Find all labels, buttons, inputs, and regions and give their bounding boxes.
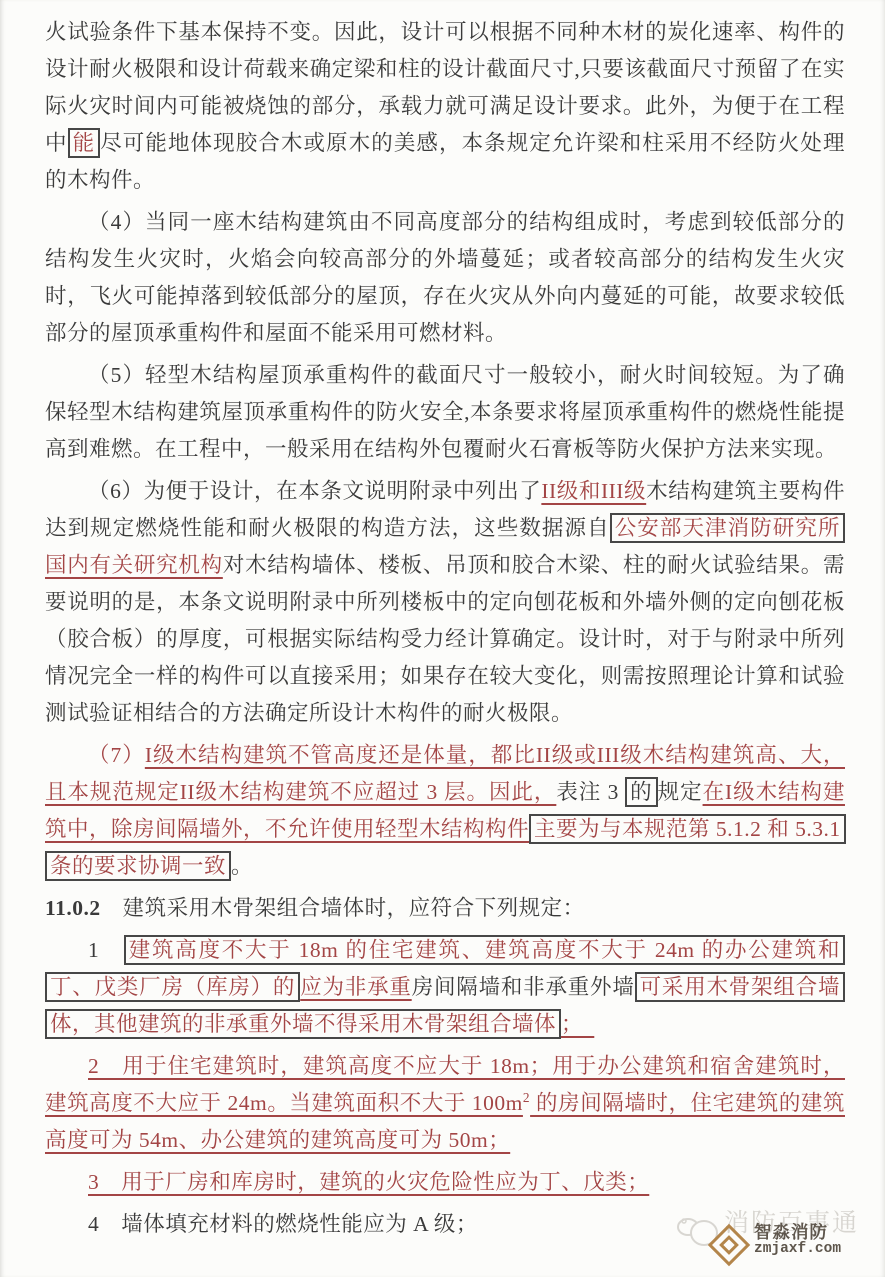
- text-run-black: （5）轻型木结构屋顶承重构件的截面尺寸一般较小，耐火时间较短。为了确保轻型木结构…: [45, 363, 845, 461]
- text-run-black: 表注 3: [556, 780, 625, 804]
- text-run-red-u: 应为非承重: [300, 975, 411, 999]
- watermark-brand-url: zmjaxf.com: [754, 1241, 841, 1257]
- text-run-red-u: 国内有关研究机构: [45, 553, 223, 577]
- text-run-black: 对木结构墙体、楼板、吊顶和胶合木梁、柱的耐火试验结果。需要说明的是，本条文说明附…: [45, 553, 845, 725]
- text-run-box-red: 公安部天津消防研究所: [610, 513, 845, 543]
- diamond-logo-icon: [708, 1223, 750, 1267]
- item-1-wood-frame-walls: 1 建筑高度不大于 18m 的住宅建筑、建筑高度不大于 24m 的办公建筑和丁、…: [45, 932, 845, 1043]
- text-run-black: 规定: [658, 780, 703, 804]
- text-run-black: 。: [231, 854, 253, 878]
- text-run-red-u: 3 用于厂房和库房时，建筑的火灾危险性应为丁、戊类；: [88, 1170, 649, 1194]
- text-run-black: 建筑采用木骨架组合墙体时，应符合下列规定：: [101, 896, 585, 920]
- text-run-black: 尽可能地体现胶合木或原木的美感，本条规定允许梁和柱采用不经防火处理的木构件。: [45, 131, 845, 192]
- text-run-black: 房间隔墙和非承重外墙: [412, 975, 635, 999]
- text-run-black: 1: [88, 938, 124, 962]
- text-run-box-red: 能: [68, 128, 101, 158]
- text-run-black: 4 墙体填充材料的燃烧性能应为 A 级；: [88, 1212, 478, 1236]
- para-5-light-wood-roof: （5）轻型木结构屋顶承重构件的截面尺寸一般较小，耐火时间较短。为了确保轻型木结构…: [45, 357, 845, 468]
- text-run-black-bold: 11.0.2: [45, 896, 101, 920]
- text-run-black: （4）当同一座木结构建筑由不同高度部分的结构组成时，考虑到较低部分的结构发生火灾…: [45, 210, 845, 345]
- text-run-box-black: 的: [625, 777, 657, 807]
- para-7-class1-buildings: （7）I级木结构建筑不管高度还是体量，都比II级或III级木结构建筑高、大，且本…: [45, 737, 845, 885]
- heading-11-0-2: 11.0.2 建筑采用木骨架组合墙体时，应符合下列规定：: [45, 890, 845, 927]
- item-2-height-limits: 2 用于住宅建筑时，建筑高度不应大于 18m；用于办公建筑和宿舍建筑时，建筑高度…: [45, 1048, 845, 1159]
- para-intro-charring: 火试验条件下基本保持不变。因此，设计可以根据不同种木材的炭化速率、构件的设计耐火…: [45, 14, 845, 199]
- watermark: 消防百事通 智淼消防 zmjaxf.com: [674, 1191, 879, 1271]
- text-run-red-u: ；: [561, 1012, 594, 1036]
- para-4-different-heights: （4）当同一座木结构建筑由不同高度部分的结构组成时，考虑到较低部分的结构发生火灾…: [45, 204, 845, 352]
- document-page: 火试验条件下基本保持不变。因此，设计可以根据不同种木材的炭化速率、构件的设计耐火…: [0, 0, 885, 1277]
- text-run-red: （7）: [88, 743, 145, 767]
- document-body: 火试验条件下基本保持不变。因此，设计可以根据不同种木材的炭化速率、构件的设计耐火…: [45, 14, 845, 1243]
- text-run-red-u: II级和III级: [541, 479, 646, 503]
- para-6-appendix-construction: （6）为便于设计，在本条文说明附录中列出了II级和III级木结构建筑主要构件达到…: [45, 473, 845, 732]
- text-run-black: （6）为便于设计，在本条文说明附录中列出了: [88, 479, 541, 503]
